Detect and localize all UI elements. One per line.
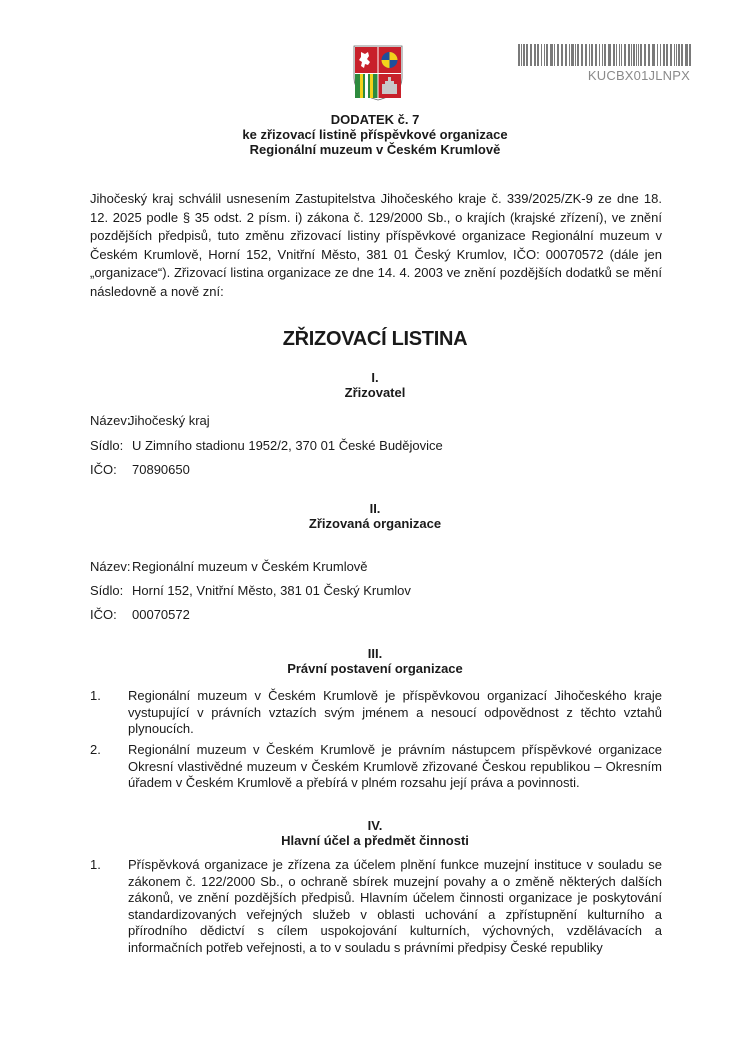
- section-numeral: III.: [0, 646, 750, 661]
- field-label: Název:: [90, 559, 132, 575]
- item-number: 1.: [90, 688, 128, 738]
- list-item: 1. Příspěvková organizace je zřízena za …: [90, 857, 662, 956]
- organization-ico-field: IČO: 00070572: [90, 607, 190, 623]
- field-label: Sídlo:: [90, 438, 132, 454]
- organization-seat-field: Sídlo: Horní 152, Vnitřní Město, 381 01 …: [90, 583, 411, 599]
- organization-name: Regionální muzeum v Českém Krumlově: [0, 142, 750, 157]
- section-4-header: IV. Hlavní účel a předmět činnosti: [0, 818, 750, 848]
- barcode-id: KUCBX01JLNPX: [508, 68, 698, 83]
- item-text: Regionální muzeum v Českém Krumlově je p…: [128, 742, 662, 792]
- field-label: IČO:: [90, 462, 132, 478]
- item-text: Regionální muzeum v Českém Krumlově je p…: [128, 688, 662, 738]
- section-3-header: III. Právní postavení organizace: [0, 646, 750, 676]
- field-value: Jihočeský kraj: [128, 413, 210, 429]
- field-label: IČO:: [90, 607, 132, 623]
- intro-paragraph: Jihočeský kraj schválil usnesením Zastup…: [90, 190, 662, 301]
- section-2-header: II. Zřizovaná organizace: [0, 501, 750, 531]
- addendum-title-block: DODATEK č. 7 ke zřizovací listině příspě…: [0, 112, 750, 157]
- section-1-header: I. Zřizovatel: [0, 370, 750, 400]
- list-item: 1. Regionální muzeum v Českém Krumlově j…: [90, 688, 662, 738]
- addendum-number: DODATEK č. 7: [0, 112, 750, 127]
- section-heading: Právní postavení organizace: [0, 661, 750, 676]
- field-value: 70890650: [132, 462, 190, 478]
- founder-ico-field: IČO: 70890650: [90, 462, 190, 478]
- field-value: 00070572: [132, 607, 190, 623]
- item-text: Příspěvková organizace je zřízena za úče…: [128, 857, 662, 956]
- intro-text: Jihočeský kraj schválil usnesením Zastup…: [90, 190, 662, 301]
- item-number: 1.: [90, 857, 128, 956]
- jihocesky-kraj-crest-logo: [352, 44, 404, 102]
- section-numeral: I.: [0, 370, 750, 385]
- field-value: Regionální muzeum v Českém Krumlově: [132, 559, 368, 575]
- item-number: 2.: [90, 742, 128, 792]
- field-value: Horní 152, Vnitřní Město, 381 01 Český K…: [132, 583, 411, 599]
- barcode: KUCBX01JLNPX: [508, 44, 698, 83]
- field-label: Sídlo:: [90, 583, 132, 599]
- section-numeral: II.: [0, 501, 750, 516]
- barcode-bars: [518, 44, 694, 66]
- main-title: ZŘIZOVACÍ LISTINA: [0, 328, 750, 351]
- addendum-subject: ke zřizovací listině příspěvkové organiz…: [0, 127, 750, 142]
- section-heading: Hlavní účel a předmět činnosti: [0, 833, 750, 848]
- section-heading: Zřizovaná organizace: [0, 516, 750, 531]
- section-numeral: IV.: [0, 818, 750, 833]
- founder-name-field: Název: Jihočeský kraj: [90, 413, 210, 429]
- field-label: Název:: [90, 413, 128, 429]
- founder-seat-field: Sídlo: U Zimního stadionu 1952/2, 370 01…: [90, 438, 443, 454]
- list-item: 2. Regionální muzeum v Českém Krumlově j…: [90, 742, 662, 792]
- section-heading: Zřizovatel: [0, 385, 750, 400]
- organization-name-field: Název: Regionální muzeum v Českém Krumlo…: [90, 559, 368, 575]
- field-value: U Zimního stadionu 1952/2, 370 01 České …: [132, 438, 443, 454]
